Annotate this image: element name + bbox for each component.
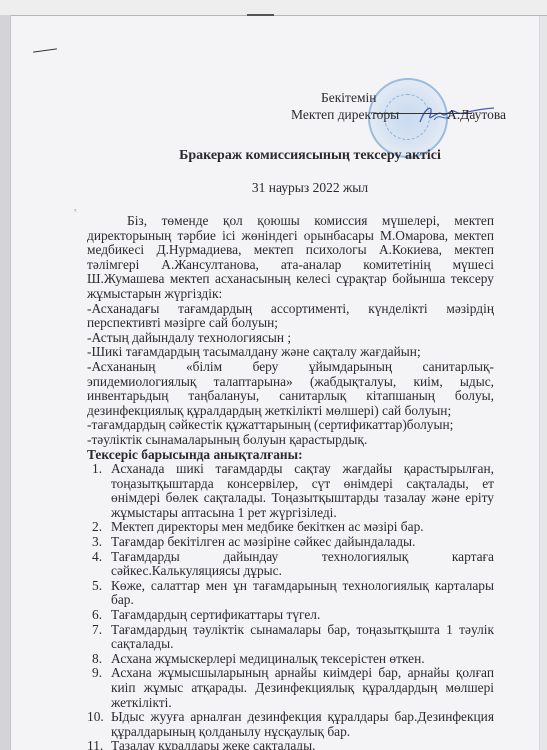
document-page: Бекітемін Мектеп директоры А.Даутова Бра… [11, 16, 540, 750]
pen-mark [33, 48, 57, 52]
scan-speck: ˣ [74, 206, 77, 216]
finding-item: Тазалау құралдары жеке сақталады. [111, 739, 494, 750]
finding-item: Мектеп директоры мен медбике бекіткен ас… [111, 520, 494, 535]
document-body: Біз, төменде қол қоюшы комиссия мүшелері… [87, 214, 494, 750]
finding-item: Көже, салаттар мен ұн тағамдарының техно… [111, 579, 494, 608]
finding-item: Асхана жұмыскерлері медициналық тексеріс… [111, 652, 494, 667]
document-title: Бракераж комиссиясының тексеру актісі [11, 148, 539, 164]
director-name: А.Даутова [447, 107, 506, 123]
finding-item: Тағамдар бекітілген ас мәзіріне сәйкес д… [111, 535, 494, 550]
findings-heading: Тексеріс барысында анықталғаны: [87, 448, 494, 463]
finding-item: Асханада шикі тағамдарды сақтау жағдайы … [111, 462, 494, 520]
check-item: -тәуліктік сынамаларының болуын қарастыр… [87, 433, 494, 448]
finding-item: Тағамдарды дайындау технологиялық картағ… [111, 550, 494, 579]
findings-list: Асханада шикі тағамдарды сақтау жағдайы … [87, 462, 494, 750]
approved-label: Бекітемін [321, 90, 376, 106]
check-item: -Асхананың «білім беру ұйымдарының санит… [87, 360, 494, 418]
check-item: -Асханадағы тағамдардың ассортименті, кү… [87, 302, 494, 331]
check-item: -Шикі тағамдардың тасымалдану және сақта… [87, 345, 494, 360]
finding-item: Тағамдардың сертификаттары түгел. [111, 608, 494, 623]
finding-item: Ыдыс жууға арналған дезинфекция құралдар… [111, 710, 494, 739]
finding-item: Асхана жұмысшыларының арнайы киімдері ба… [111, 666, 494, 710]
director-position: Мектеп директоры [291, 107, 399, 123]
finding-item: Тағамдардың тәуліктік сынамалары бар, то… [111, 623, 494, 652]
check-item: -Астың дайындалу технологиясын ; [87, 331, 494, 346]
check-item: -тағамдардың сәйкестік құжаттарының (сер… [87, 418, 494, 433]
document-date: 31 наурыз 2022 жыл [11, 180, 539, 196]
scanner-left-edge [0, 15, 11, 750]
intro-paragraph: Біз, төменде қол қоюшы комиссия мүшелері… [87, 214, 494, 302]
